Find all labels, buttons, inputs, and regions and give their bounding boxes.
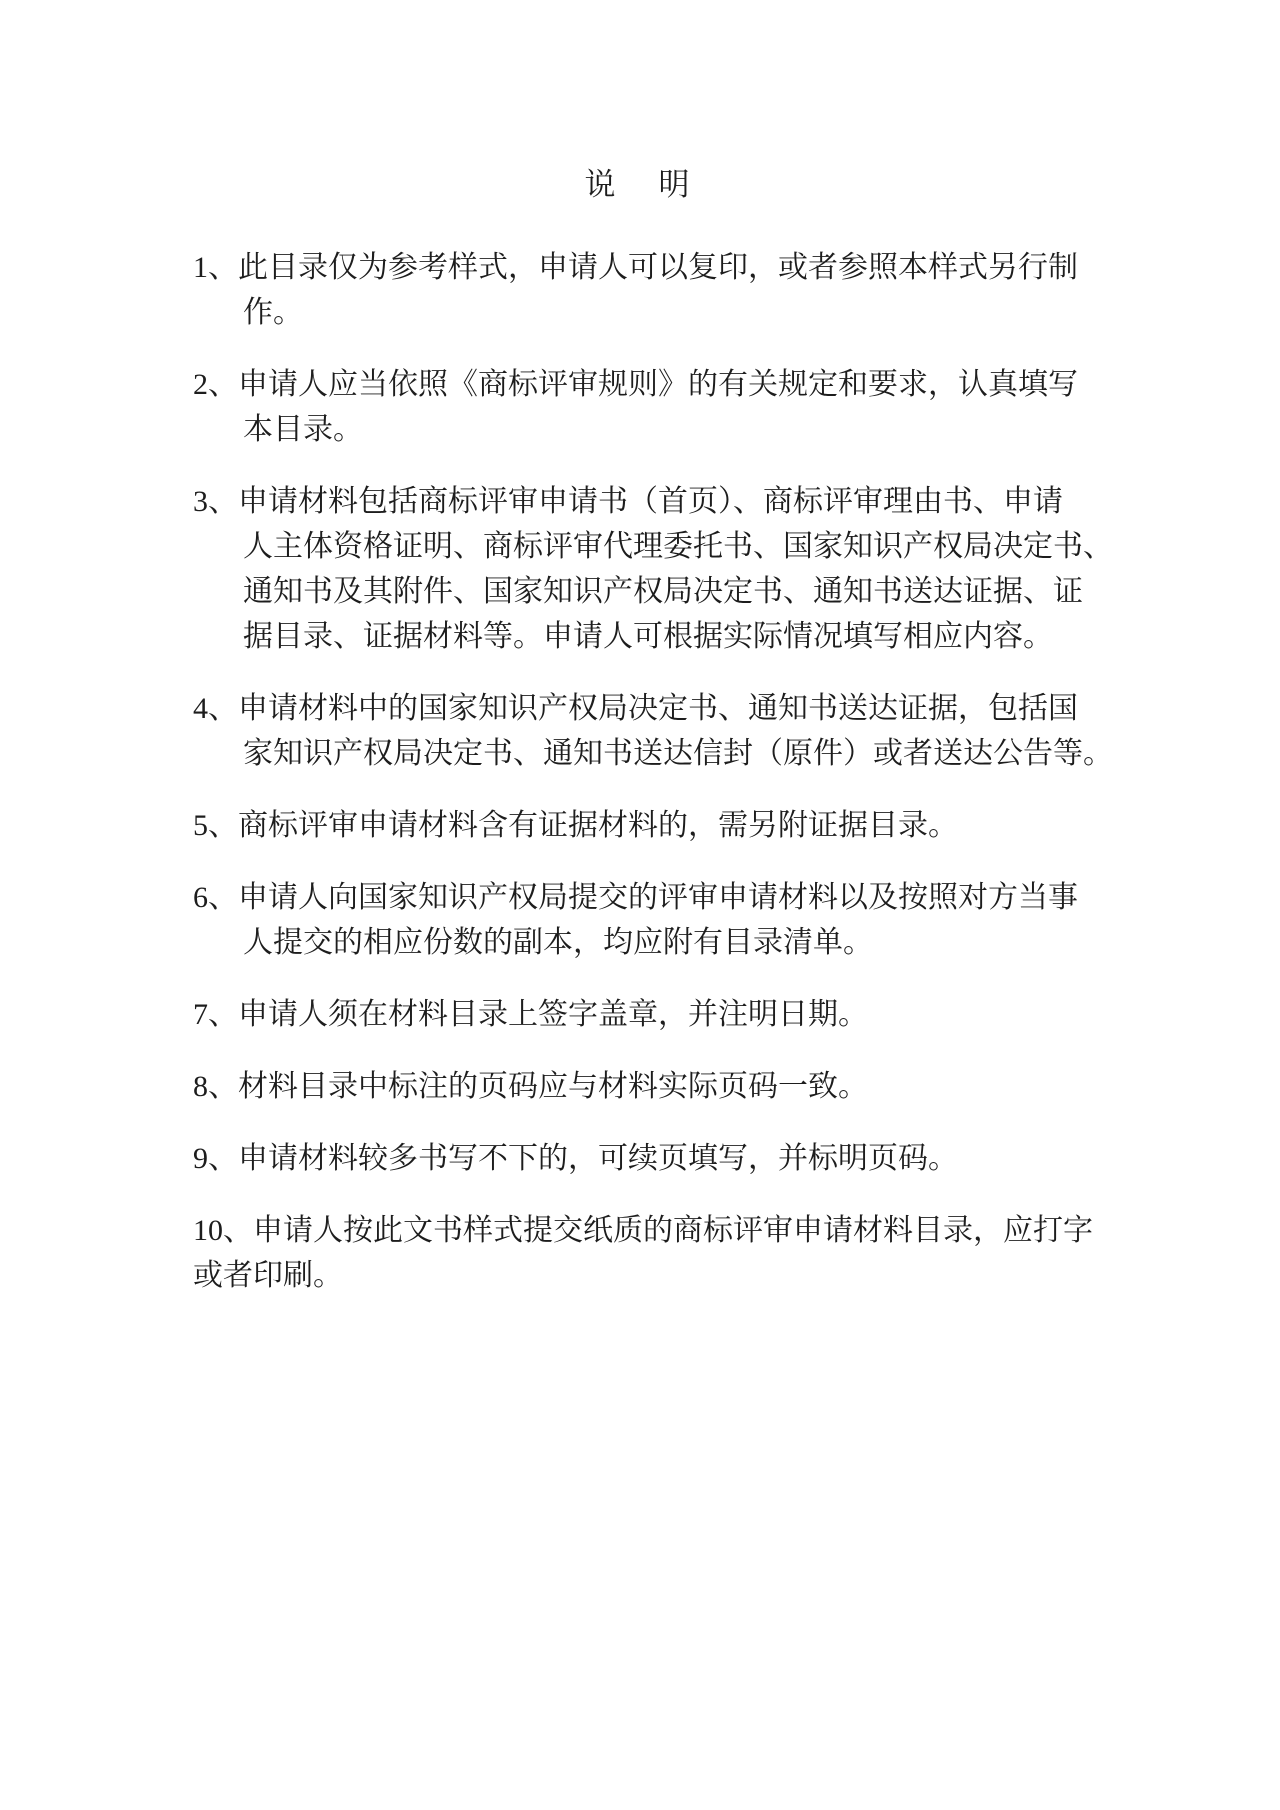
item-text: 申请材料较多书写不下的，可续页填写，并标明页码。 <box>238 1142 958 1175</box>
item-number: 8、 <box>193 1070 238 1103</box>
item-number: 10、 <box>193 1214 253 1247</box>
item-text: 商标评审申请材料含有证据材料的，需另附证据目录。 <box>238 809 958 842</box>
instruction-item-4: 4、申请材料中的国家知识产权局决定书、通知书送达证据，包括国家知识产权局决定书、… <box>193 686 1220 776</box>
item-continuation-line: 本目录。 <box>193 407 1220 452</box>
instruction-item-2: 2、申请人应当依照《商标评审规则》的有关规定和要求，认真填写本目录。 <box>193 362 1220 452</box>
item-first-line: 7、申请人须在材料目录上签字盖章，并注明日期。 <box>193 992 1220 1037</box>
instruction-item-7: 7、申请人须在材料目录上签字盖章，并注明日期。 <box>193 992 1220 1037</box>
item-first-line: 2、申请人应当依照《商标评审规则》的有关规定和要求，认真填写 <box>193 362 1220 407</box>
item-first-line: 8、材料目录中标注的页码应与材料实际页码一致。 <box>193 1064 1220 1109</box>
item-continuation-line: 或者印刷。 <box>193 1253 1220 1298</box>
page-title: 说 明 <box>0 162 1280 207</box>
item-continuation-line: 家知识产权局决定书、通知书送达信封（原件）或者送达公告等。 <box>193 731 1220 776</box>
item-text: 申请人向国家知识产权局提交的评审申请材料以及按照对方当事 <box>238 881 1078 914</box>
item-text: 申请材料包括商标评审申请书（首页）、商标评审理由书、申请 <box>238 485 1063 518</box>
item-first-line: 10、申请人按此文书样式提交纸质的商标评审申请材料目录，应打字 <box>193 1208 1220 1253</box>
item-text: 申请材料中的国家知识产权局决定书、通知书送达证据，包括国 <box>238 692 1078 725</box>
item-number: 1、 <box>193 251 238 284</box>
item-number: 2、 <box>193 368 238 401</box>
instruction-item-9: 9、申请材料较多书写不下的，可续页填写，并标明页码。 <box>193 1136 1220 1181</box>
item-first-line: 5、商标评审申请材料含有证据材料的，需另附证据目录。 <box>193 803 1220 848</box>
item-text: 申请人应当依照《商标评审规则》的有关规定和要求，认真填写 <box>238 368 1078 401</box>
instruction-item-6: 6、申请人向国家知识产权局提交的评审申请材料以及按照对方当事人提交的相应份数的副… <box>193 875 1220 965</box>
item-number: 3、 <box>193 485 238 518</box>
item-continuation-line: 据目录、证据材料等。申请人可根据实际情况填写相应内容。 <box>193 614 1220 659</box>
item-first-line: 9、申请材料较多书写不下的，可续页填写，并标明页码。 <box>193 1136 1220 1181</box>
item-first-line: 3、申请材料包括商标评审申请书（首页）、商标评审理由书、申请 <box>193 479 1220 524</box>
item-continuation-line: 人提交的相应份数的副本，均应附有目录清单。 <box>193 920 1220 965</box>
item-text: 申请人按此文书样式提交纸质的商标评审申请材料目录，应打字 <box>253 1214 1093 1247</box>
item-continuation-line: 通知书及其附件、国家知识产权局决定书、通知书送达证据、证 <box>193 569 1220 614</box>
instruction-item-10: 10、申请人按此文书样式提交纸质的商标评审申请材料目录，应打字或者印刷。 <box>193 1208 1220 1298</box>
item-text: 材料目录中标注的页码应与材料实际页码一致。 <box>238 1070 868 1103</box>
item-number: 5、 <box>193 809 238 842</box>
item-text: 此目录仅为参考样式，申请人可以复印，或者参照本样式另行制 <box>238 251 1078 284</box>
instruction-list: 1、此目录仅为参考样式，申请人可以复印，或者参照本样式另行制作。2、申请人应当依… <box>0 245 1280 1298</box>
instruction-item-5: 5、商标评审申请材料含有证据材料的，需另附证据目录。 <box>193 803 1220 848</box>
item-text: 申请人须在材料目录上签字盖章，并注明日期。 <box>238 998 868 1031</box>
item-number: 4、 <box>193 692 238 725</box>
item-first-line: 6、申请人向国家知识产权局提交的评审申请材料以及按照对方当事 <box>193 875 1220 920</box>
item-number: 6、 <box>193 881 238 914</box>
item-number: 7、 <box>193 998 238 1031</box>
instruction-item-3: 3、申请材料包括商标评审申请书（首页）、商标评审理由书、申请人主体资格证明、商标… <box>193 479 1220 659</box>
document-page: 说 明 1、此目录仅为参考样式，申请人可以复印，或者参照本样式另行制作。2、申请… <box>0 0 1280 1810</box>
instruction-item-8: 8、材料目录中标注的页码应与材料实际页码一致。 <box>193 1064 1220 1109</box>
instruction-item-1: 1、此目录仅为参考样式，申请人可以复印，或者参照本样式另行制作。 <box>193 245 1220 335</box>
item-number: 9、 <box>193 1142 238 1175</box>
item-continuation-line: 人主体资格证明、商标评审代理委托书、国家知识产权局决定书、 <box>193 524 1220 569</box>
item-first-line: 4、申请材料中的国家知识产权局决定书、通知书送达证据，包括国 <box>193 686 1220 731</box>
item-continuation-line: 作。 <box>193 290 1220 335</box>
item-first-line: 1、此目录仅为参考样式，申请人可以复印，或者参照本样式另行制 <box>193 245 1220 290</box>
